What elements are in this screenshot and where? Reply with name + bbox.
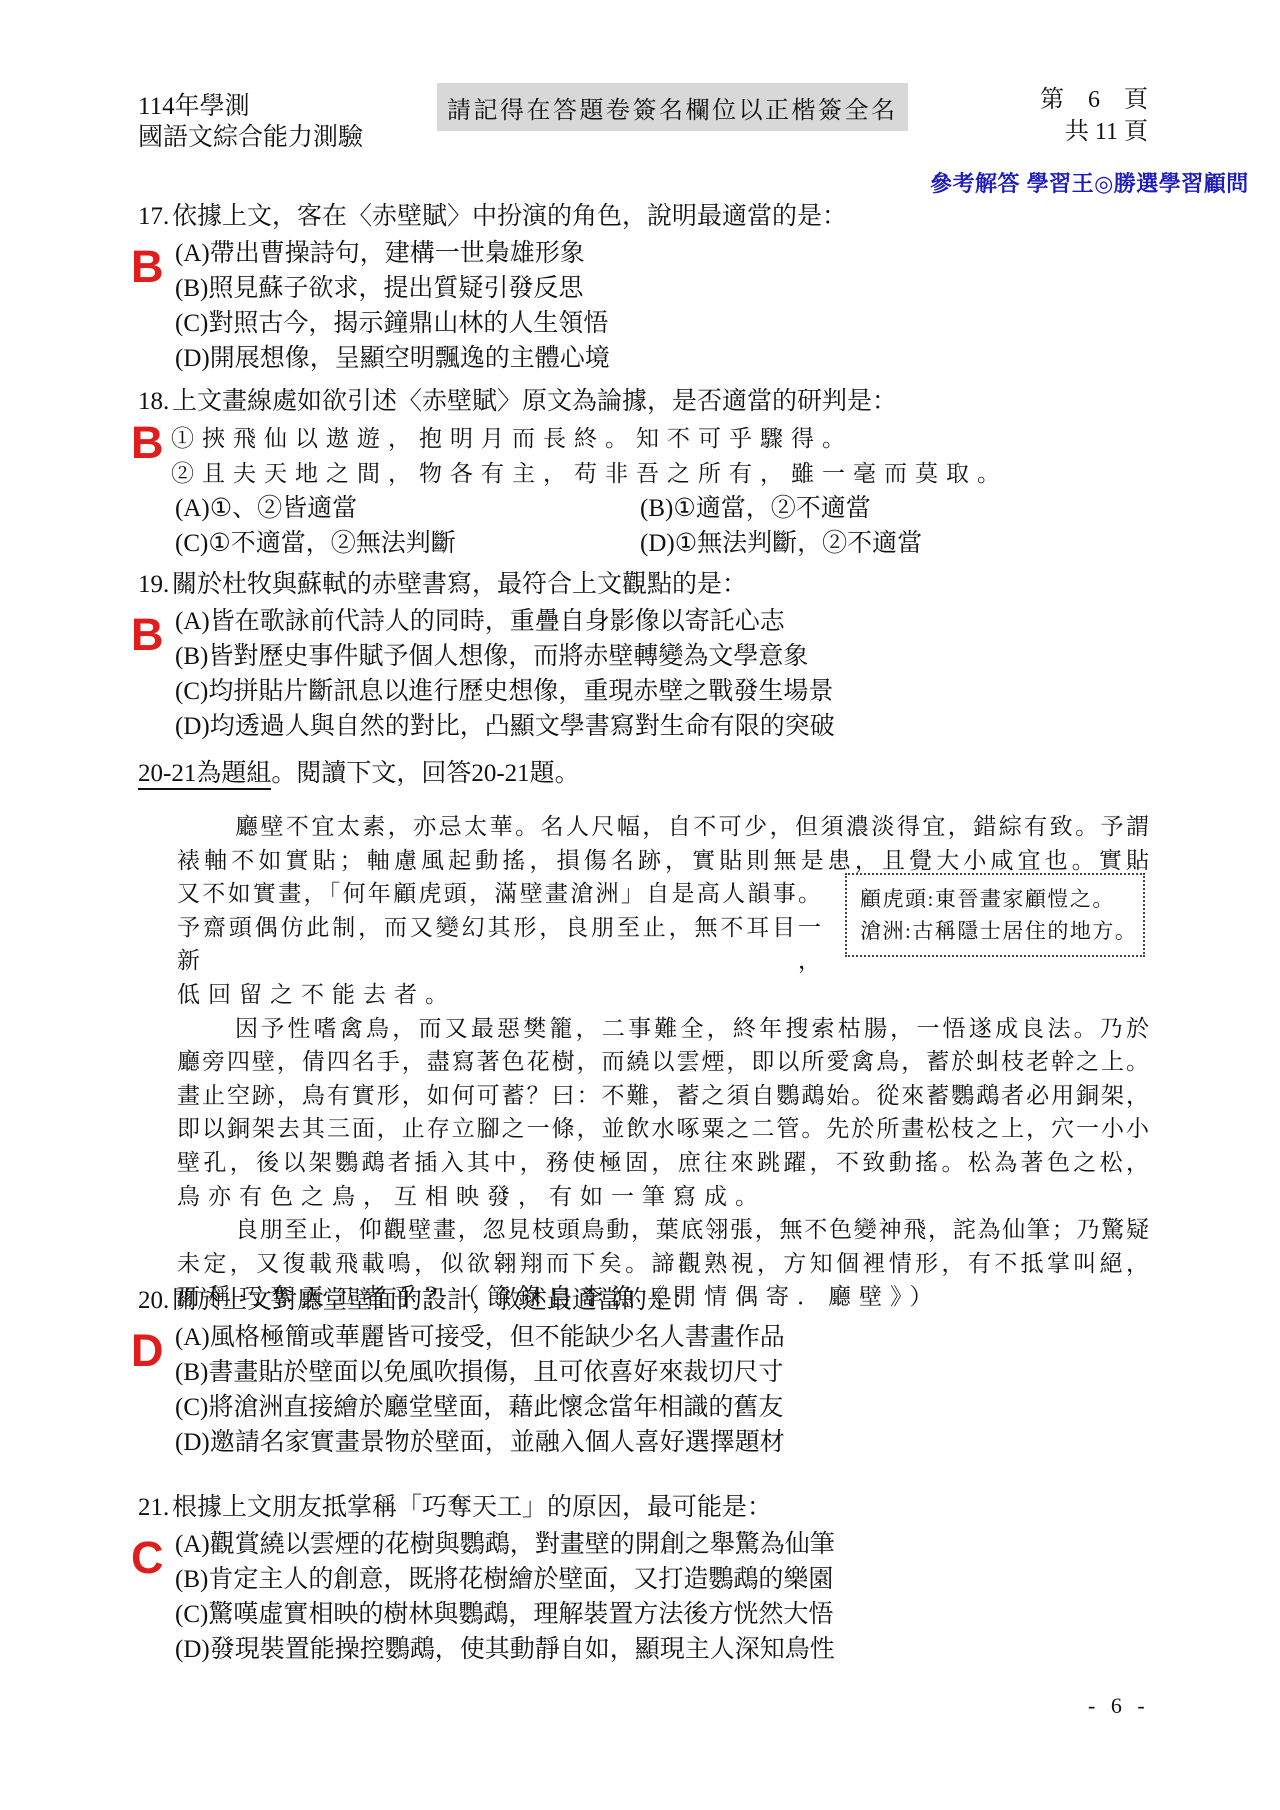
- passage-line: 畫止空跡，鳥有實形，如何可蓄？曰：不難，蓄之須自鸚鵡始。從來蓄鸚鵡者必用銅架，: [177, 1079, 1150, 1113]
- page-number-footer: - 6 -: [1088, 1693, 1150, 1719]
- question-number: 21.: [138, 1490, 172, 1525]
- option-b: (B)書畫貼於壁面以免風吹損傷，且可依喜好來裁切尺寸: [175, 1355, 1168, 1390]
- option-c: (C)對照古今，揭示鐘鼎山林的人生領悟: [175, 306, 1168, 341]
- option-b: (B)①適當，②不適當: [640, 491, 1168, 526]
- question-21: 21.根據上文朋友抵掌稱「巧奪天工」的原因，最可能是： C (A)觀賞繞以雲煙的…: [138, 1490, 1168, 1667]
- options-grid: (A)①、②皆適當 (B)①適當，②不適當 (C)①不適當，②無法判斷 (D)①…: [175, 491, 1168, 561]
- question-stem-text: 關於杜牧與蘇軾的赤壁書寫，最符合上文觀點的是：: [172, 571, 747, 598]
- option-c: (C)①不適當，②無法判斷: [175, 526, 640, 561]
- option-b: (B)皆對歷史事件賦予個人想像，而將赤壁轉變為文學意象: [175, 639, 1168, 674]
- question-stem: 18.上文畫線處如欲引述〈赤壁賦〉原文為論據，是否適當的研判是：: [138, 384, 1168, 419]
- note-line-2: 滄洲:古稱隱士居住的地方。: [860, 915, 1130, 947]
- passage-line: 廳壁不宜太素，亦忌太華。名人尺幅，自不可少，但須濃淡得宜，錯綜有致。予謂: [177, 810, 1150, 844]
- passage-note-box: 顧虎頭:東晉畫家顧愷之。 滄洲:古稱隱士居住的地方。: [845, 873, 1145, 957]
- question-stem-text: 依據上文，客在〈赤壁賦〉中扮演的角色，說明最適當的是：: [172, 203, 847, 230]
- question-number: 17.: [138, 199, 172, 234]
- answer-annotation-q19: B: [131, 612, 164, 657]
- page-indicator: 第 6 頁 共 11 頁: [1020, 84, 1148, 148]
- option-a: (A)皆在歌詠前代詩人的同時，重疊自身影像以寄託心志: [175, 604, 1168, 639]
- option-d: (D)發現裝置能操控鸚鵡，使其動靜自如，顯現主人深知鳥性: [175, 1632, 1168, 1667]
- question-18: 18.上文畫線處如欲引述〈赤壁賦〉原文為論據，是否適當的研判是： B ①挾飛仙以…: [138, 384, 1168, 561]
- question-20: 20.關於上文對廳堂壁面的設計，敘述最適當的是： D (A)風格極簡或華麗皆可接…: [138, 1283, 1168, 1460]
- option-c: (C)將滄洲直接繪於廳堂壁面，藉此懷念當年相識的舊友: [175, 1390, 1168, 1425]
- exam-page: 114年學測 國語文綜合能力測驗 請記得在答題卷簽名欄位以正楷簽全名 第 6 頁…: [0, 0, 1280, 1810]
- question-number: 19.: [138, 567, 172, 602]
- signature-notice: 請記得在答題卷簽名欄位以正楷簽全名: [437, 83, 908, 131]
- option-a: (A)觀賞繞以雲煙的花樹與鸚鵡，對畫壁的開創之舉驚為仙筆: [175, 1527, 1168, 1562]
- question-stem: 20.關於上文對廳堂壁面的設計，敘述最適當的是：: [138, 1283, 1168, 1318]
- option-c: (C)均拼貼片斷訊息以進行歷史想像，重現赤壁之戰發生場景: [175, 674, 1168, 709]
- passage-line: 未定，又復載飛載鳴，似欲翱翔而下矣。諦觀熟視，方知個裡情形，有不抵掌叫絕，: [177, 1247, 1150, 1281]
- page-indicator-total: 共 11 頁: [1020, 116, 1148, 148]
- passage-line: 即以銅架去其三面，止存立腳之一條，並飲水啄粟之二管。先於所畫松枝之上，穴一小小: [177, 1112, 1150, 1146]
- question-group-intro: 20-21為題組。閱讀下文，回答20-21題。: [138, 753, 580, 789]
- quoted-statements: ①挾飛仙以遨遊，抱明月而長終。知不可乎驟得。 ②且夫天地之間，物各有主，苟非吾之…: [171, 421, 1168, 491]
- group-intro-rest: 。閱讀下文，回答20-21題。: [271, 760, 579, 787]
- passage-line: 予齋頭偶仿此制，而又變幻其形，良朋至止，無不耳目一新，: [177, 911, 822, 978]
- answer-annotation-q18: B: [131, 420, 164, 465]
- option-b: (B)照見蘇子欲求，提出質疑引發反思: [175, 271, 1168, 306]
- group-range-underlined: 20-21為題組: [138, 760, 271, 790]
- option-d: (D)均透過人與自然的對比，凸顯文學書寫對生命有限的突破: [175, 709, 1168, 744]
- option-b: (B)肯定主人的創意，既將花樹繪於壁面，又打造鸚鵡的樂園: [175, 1562, 1168, 1597]
- question-stem: 19.關於杜牧與蘇軾的赤壁書寫，最符合上文觀點的是：: [138, 567, 1168, 602]
- passage-line: 良朋至止，仰觀壁畫，忽見枝頭鳥動，葉底翎張，無不色變神飛，詫為仙筆；乃驚疑: [177, 1213, 1150, 1247]
- question-stem: 21.根據上文朋友抵掌稱「巧奪天工」的原因，最可能是：: [138, 1490, 1168, 1525]
- question-stem: 17.依據上文，客在〈赤壁賦〉中扮演的角色，說明最適當的是：: [138, 199, 1168, 234]
- exam-subject-title: 國語文綜合能力測驗: [138, 117, 363, 153]
- passage-line: 又不如實畫，「何年顧虎頭，滿壁畫滄洲」自是高人韻事。: [177, 877, 822, 911]
- question-stem-text: 根據上文朋友抵掌稱「巧奪天工」的原因，最可能是：: [172, 1494, 772, 1521]
- note-line-1: 顧虎頭:東晉畫家顧愷之。: [860, 883, 1130, 915]
- question-19: 19.關於杜牧與蘇軾的赤壁書寫，最符合上文觀點的是： B (A)皆在歌詠前代詩人…: [138, 567, 1168, 744]
- question-number: 20.: [138, 1283, 172, 1318]
- passage-line: 鳥亦有色之鳥，互相映發，有如一筆寫成。: [177, 1180, 1150, 1214]
- passage-line: 壁孔，後以架鸚鵡者插入其中，務使極固，庶往來跳躍，不致動搖。松為著色之松，: [177, 1146, 1150, 1180]
- option-d: (D)①無法判斷，②不適當: [640, 526, 1168, 561]
- page-indicator-current: 第 6 頁: [1020, 84, 1148, 116]
- options-list: (A)皆在歌詠前代詩人的同時，重疊自身影像以寄託心志 (B)皆對歷史事件賦予個人…: [175, 604, 1168, 744]
- option-d: (D)開展想像，呈顯空明飄逸的主體心境: [175, 341, 1168, 376]
- statement-2: ②且夫天地之間，物各有主，苟非吾之所有，雖一毫而莫取。: [171, 456, 1168, 491]
- passage-line: 因予性嗜禽鳥，而又最惡樊籠，二事難全，終年搜索枯腸，一悟遂成良法。乃於: [177, 1012, 1150, 1046]
- question-stem-text: 關於上文對廳堂壁面的設計，敘述最適當的是：: [172, 1287, 697, 1314]
- option-c: (C)驚嘆虛實相映的樹林與鸚鵡，理解裝置方法後方恍然大悟: [175, 1597, 1168, 1632]
- options-list: (A)觀賞繞以雲煙的花樹與鸚鵡，對畫壁的開創之舉驚為仙筆 (B)肯定主人的創意，…: [175, 1527, 1168, 1667]
- passage-line: 廳旁四壁，倩四名手，盡寫著色花樹，而繞以雲煙，即以所愛禽鳥，蓄於虯枝老幹之上。: [177, 1045, 1150, 1079]
- options-list: (A)風格極簡或華麗皆可接受，但不能缺少名人書畫作品 (B)書畫貼於壁面以免風吹…: [175, 1320, 1168, 1460]
- option-a: (A)風格極簡或華麗皆可接受，但不能缺少名人書畫作品: [175, 1320, 1168, 1355]
- options-list: (A)帶出曹操詩句，建構一世梟雄形象 (B)照見蘇子欲求，提出質疑引發反思 (C…: [175, 236, 1168, 376]
- answer-annotation-q17: B: [131, 244, 164, 289]
- passage-line: 低回留之不能去者。: [177, 978, 1150, 1012]
- answer-annotation-q21: C: [131, 1535, 164, 1580]
- answer-annotation-q20: D: [131, 1328, 164, 1373]
- answer-key-banner: 參考解答 學習王◎勝選學習顧問: [930, 167, 1249, 198]
- question-number: 18.: [138, 384, 172, 419]
- question-stem-text: 上文畫線處如欲引述〈赤壁賦〉原文為論據，是否適當的研判是：: [172, 388, 897, 415]
- question-17: 17.依據上文，客在〈赤壁賦〉中扮演的角色，說明最適當的是： B (A)帶出曹操…: [138, 199, 1168, 376]
- option-a: (A)①、②皆適當: [175, 491, 640, 526]
- option-a: (A)帶出曹操詩句，建構一世梟雄形象: [175, 236, 1168, 271]
- option-d: (D)邀請名家實畫景物於壁面，並融入個人喜好選擇題材: [175, 1425, 1168, 1460]
- statement-1: ①挾飛仙以遨遊，抱明月而長終。知不可乎驟得。: [171, 421, 1168, 456]
